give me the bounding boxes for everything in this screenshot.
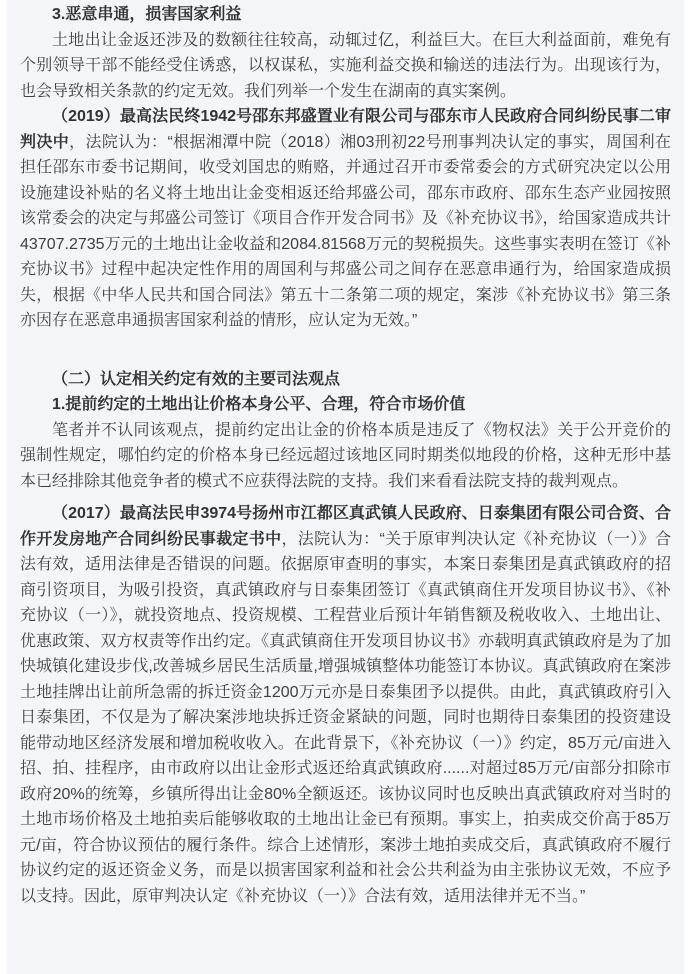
- paragraph-author-opinion: 笔者并不认同该观点，提前约定出让金的价格本质是违反了《物权法》关于公开竞价的强制…: [20, 418, 671, 495]
- heading-malicious-collusion: 3.恶意串通，损害国家利益: [20, 2, 671, 28]
- paragraph-case-2017: （2017）最高法民申3974号扬州市江都区真武镇人民政府、日泰集团有限公司合资…: [20, 501, 671, 909]
- paragraph-case-2019: （2019）最高法民终1942号邵东邦盛置业有限公司与邵东市人民政府合同纠纷民事…: [20, 104, 671, 334]
- case-2019-body: ，法院认为：“根据湘潭中院（2018）湘03刑初22号刑事判决认定的事实，周国利…: [20, 134, 671, 330]
- paragraph-intro-land-refund: 土地出让金返还涉及的数额往往较高，动辄过亿，利益巨大。在巨大利益面前，难免有个别…: [20, 28, 671, 105]
- heading-point-one-fair-price: 1.提前约定的土地出让价格本身公平、合理，符合市场价值: [20, 392, 671, 418]
- case-2017-body: ，法院认为：“关于原审判决认定《补充协议（一）》合法有效，适用法律是否错误的问题…: [20, 531, 671, 905]
- article-page: 3.恶意串通，损害国家利益 土地出让金返还涉及的数额往往较高，动辄过亿，利益巨大…: [0, 0, 691, 974]
- article-content: 3.恶意串通，损害国家利益 土地出让金返还涉及的数额往往较高，动辄过亿，利益巨大…: [7, 0, 684, 974]
- section-divider-gap: [20, 334, 671, 367]
- heading-section-two-valid-opinions: （二）认定相关约定有效的主要司法观点: [20, 367, 671, 393]
